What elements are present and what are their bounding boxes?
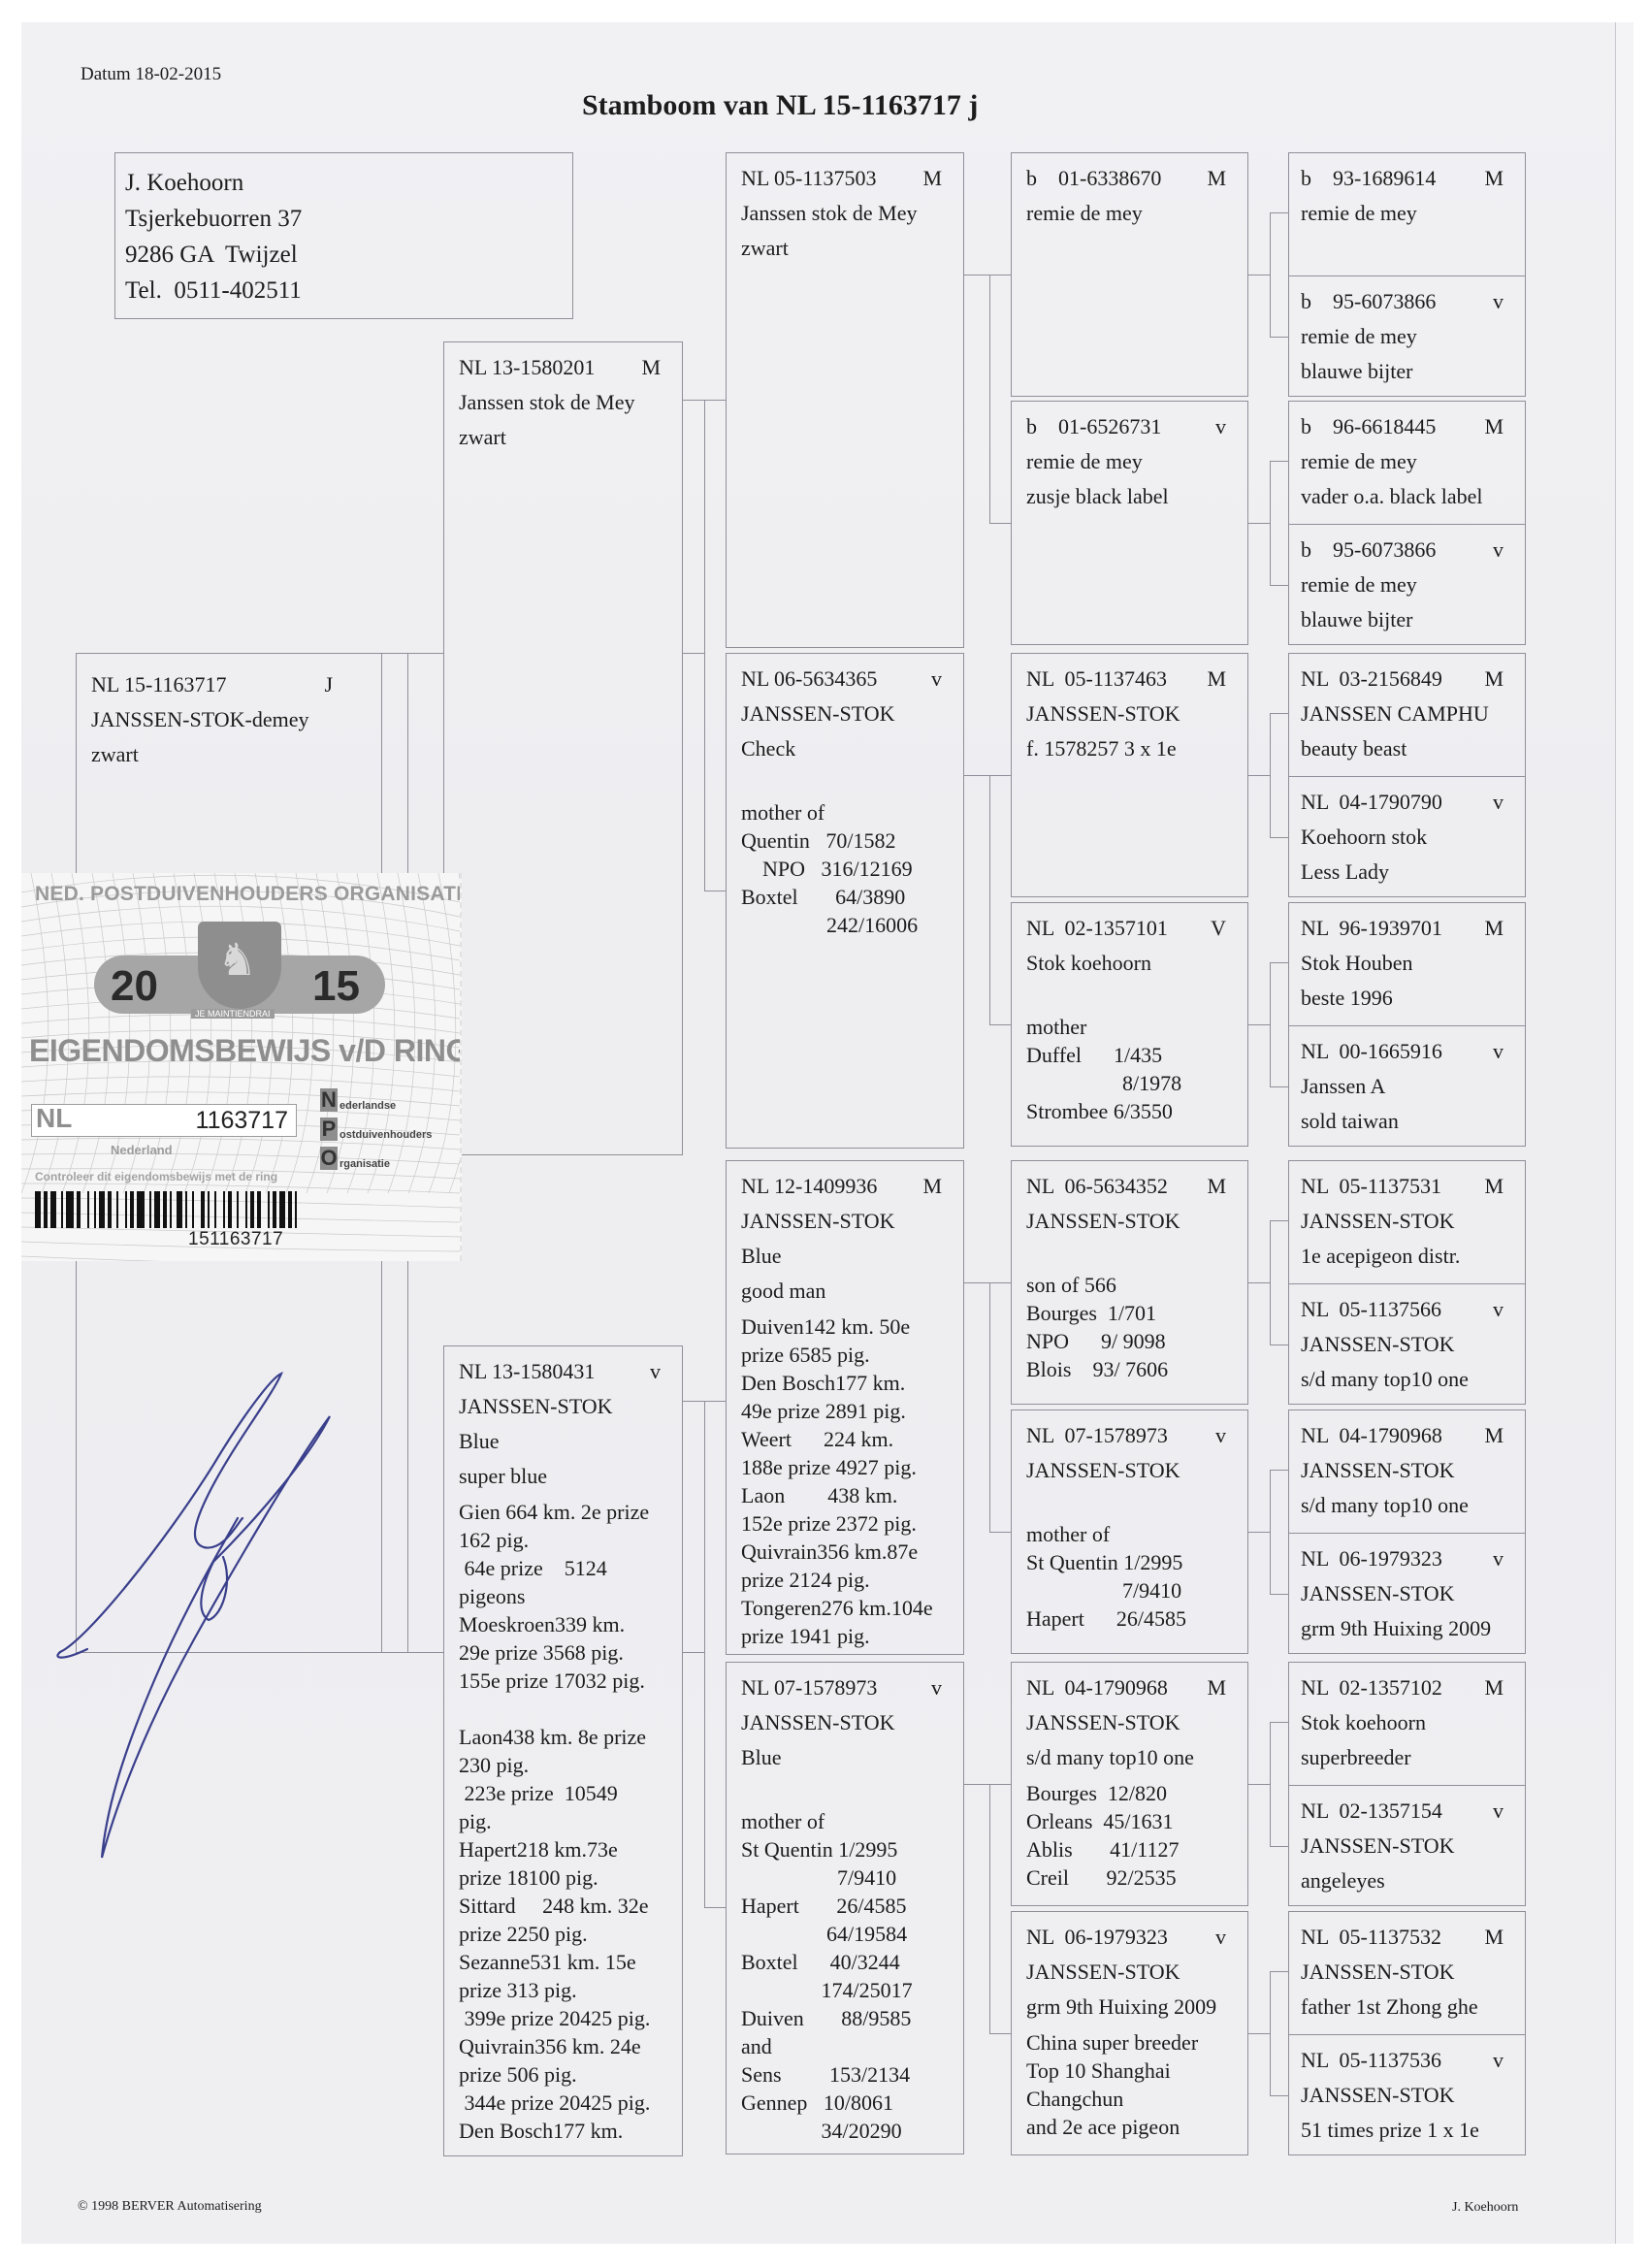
animal-detail: sold taiwan [1301, 1104, 1513, 1139]
check-instruction: Controleer dit eigendomsbewijs met de ri… [35, 1170, 277, 1183]
animal-detail: JANSSEN-STOK [741, 1204, 952, 1239]
gen4-dam: b 95-6073866vremie de meyblauwe bijter [1289, 275, 1525, 397]
animal-detail: superbreeder [1301, 1740, 1513, 1775]
subject-color: zwart [91, 737, 370, 772]
gen4-dam: NL 05-1137566vJANSSEN-STOKs/d many top10… [1289, 1283, 1525, 1405]
connector-line [1248, 2033, 1270, 2034]
ring-number: b 95-6073866 [1301, 533, 1436, 567]
connector-line [1248, 775, 1270, 776]
npo-line-o: Organisatie [320, 1147, 390, 1170]
ring-header: NL 07-1578973v [741, 1670, 952, 1705]
grandparent-box: NL 07-1578973vJANSSEN-STOKBlue mother of… [726, 1662, 964, 2155]
connector-line [1270, 1345, 1288, 1345]
sex-marker: v [1493, 1794, 1503, 1829]
race-results: Bourges 12/820 Orleans 45/1631 Ablis 41/… [1026, 1779, 1236, 1892]
gen4-sire: NL 05-1137531MJANSSEN-STOK1e acepigeon d… [1289, 1161, 1525, 1283]
ring-header: NL 06-5634365v [741, 662, 952, 697]
animal-detail: grm 9th Huixing 2009 [1026, 1990, 1236, 2025]
ring-number: NL 05-1137532 [1301, 1920, 1441, 1955]
animal-detail: JANSSEN-STOK [1301, 1453, 1513, 1488]
ring-card-heading: EIGENDOMSBEWIJS v/D RING [29, 1033, 462, 1069]
sex-marker: v [1493, 1034, 1503, 1069]
sex-marker: M [1207, 161, 1226, 196]
connector-line [704, 400, 705, 891]
gen4-dam: NL 02-1357154vJANSSEN-STOKangeleyes [1289, 1785, 1525, 1906]
connector-line [683, 653, 704, 654]
animal-detail: JANSSEN-STOK [1301, 1829, 1513, 1863]
ring-number: NL 05-1137531 [1301, 1169, 1441, 1204]
sex-marker: M [1484, 1920, 1503, 1955]
animal-detail: JANSSEN CAMPHU [1301, 697, 1513, 731]
ring-number: NL 06-5634365 [741, 662, 877, 697]
ring-number: NL 04-1790968 [1026, 1670, 1168, 1705]
animal-detail: Blue [741, 1740, 952, 1775]
grandparent-box: NL 05-1137503MJanssen stok de Meyzwart [726, 152, 964, 648]
sex-marker: v [1493, 1292, 1503, 1327]
ring-number: NL 13-1580431 [459, 1354, 595, 1389]
animal-detail: remie de mey [1301, 196, 1513, 231]
connector-line [1248, 1282, 1270, 1283]
gen4-dam: NL 05-1137536vJANSSEN-STOK51 times prize… [1289, 2034, 1525, 2155]
gen4-pair-box: NL 03-2156849MJANSSEN CAMPHUbeauty beast… [1288, 653, 1526, 897]
animal-detail: super blue [459, 1459, 670, 1494]
npo-initial: P [320, 1118, 338, 1141]
year-left: 20 [111, 962, 158, 1011]
connector-line [683, 1401, 704, 1402]
great-grandparent-box: NL 04-1790968MJANSSEN-STOKs/d many top10… [1011, 1662, 1248, 1906]
animal-detail: Janssen stok de Mey [459, 385, 670, 420]
animal-detail: JANSSEN-STOK [1301, 1204, 1513, 1239]
animal-detail: JANSSEN-STOK [1026, 1705, 1236, 1740]
npo-initial: N [320, 1088, 338, 1112]
connector-line [1270, 1722, 1288, 1723]
animal-detail: JANSSEN-STOK [1026, 1955, 1236, 1990]
connector-line [989, 1024, 1011, 1025]
sex-marker: v [1493, 284, 1503, 319]
ring-header: NL 12-1409936M [741, 1169, 952, 1204]
animal-detail: grm 9th Huixing 2009 [1301, 1611, 1513, 1646]
race-results: Duiven142 km. 50e prize 6585 pig. Den Bo… [741, 1312, 952, 1650]
animal-detail: vader o.a. black label [1301, 479, 1513, 514]
connector-line [704, 400, 726, 401]
npo-word: ederlandse [339, 1100, 396, 1112]
ring-number: NL 13-1580201 [459, 350, 595, 385]
connector-line [1270, 337, 1288, 338]
paper-edge [1615, 22, 1633, 2244]
copyright-footer: © 1998 BERVER Automatisering [78, 2199, 262, 2215]
connector-line [704, 1401, 705, 1907]
connector-line [989, 523, 1011, 524]
gen4-pair-box: NL 96-1939701MStok Houbenbeste 1996NL 00… [1288, 902, 1526, 1147]
connector-line [1270, 2095, 1288, 2096]
animal-detail: Less Lady [1301, 855, 1513, 890]
gen4-sire: b 93-1689614Mremie de mey [1289, 153, 1525, 275]
gen4-sire: NL 03-2156849MJANSSEN CAMPHUbeauty beast [1289, 654, 1525, 776]
connector-line [989, 1282, 1011, 1283]
gen4-pair-box: NL 02-1357102MStok koehoornsuperbreederN… [1288, 1662, 1526, 1906]
great-grandparent-box: b 01-6526731vremie de meyzusje black lab… [1011, 401, 1248, 645]
connector-line [1248, 1784, 1270, 1785]
sex-marker: M [1484, 1670, 1503, 1705]
ring-header: NL 00-1665916v [1301, 1034, 1513, 1069]
year-right: 15 [312, 962, 360, 1011]
animal-detail: JANSSEN-STOK [1026, 1453, 1236, 1488]
ring-header: NL 05-1137566v [1301, 1292, 1513, 1327]
race-results: son of 566 Bourges 1/701 NPO 9/ 9098 Blo… [1026, 1243, 1236, 1383]
npo-line-p: Postduivenhouders [320, 1118, 432, 1141]
owner-address-box: J. Koehoorn Tsjerkebuorren 37 9286 GA Tw… [114, 152, 573, 319]
race-results: mother Duffel 1/435 8/1978 Strombee 6/35… [1026, 985, 1236, 1125]
sex-marker: M [1207, 662, 1226, 697]
connector-line [704, 1401, 726, 1402]
animal-detail: 51 times prize 1 x 1e [1301, 2113, 1513, 2148]
gen4-dam: NL 06-1979323vJANSSEN-STOKgrm 9th Huixin… [1289, 1533, 1525, 1654]
animal-detail: father 1st Zhong ghe [1301, 1990, 1513, 2025]
animal-detail: JANSSEN-STOK [1301, 1327, 1513, 1362]
connector-line [989, 1784, 1011, 1785]
connector-line [1270, 1086, 1288, 1087]
ring-header: b 01-6526731v [1026, 409, 1236, 444]
ring-number: b 96-6618445 [1301, 409, 1436, 444]
animal-detail: JANSSEN-STOK [1026, 697, 1236, 731]
owner-name: J. Koehoorn [125, 165, 572, 201]
connector-line [1270, 962, 1271, 1086]
sex-marker: v [650, 1354, 661, 1389]
connector-line [704, 891, 726, 891]
barcode-number: 151163717 [188, 1229, 283, 1250]
ring-header: NL 05-1137532M [1301, 1920, 1513, 1955]
connector-line [964, 275, 989, 275]
ring-header: b 01-6338670M [1026, 161, 1236, 196]
ring-number: NL 00-1665916 [1301, 1034, 1442, 1069]
connector-line [989, 775, 1011, 776]
connector-line [1270, 1220, 1271, 1345]
owner-city: 9286 GA Twijzel [125, 237, 572, 273]
sex-marker: M [922, 1169, 942, 1204]
connector-line [407, 1652, 443, 1653]
connector-line [1248, 1532, 1270, 1533]
animal-detail: Stok Houben [1301, 946, 1513, 981]
sex-marker: V [1211, 911, 1226, 946]
connector-line [1270, 713, 1271, 837]
animal-detail: JANSSEN-STOK [1301, 1576, 1513, 1611]
connector-line [964, 775, 989, 776]
ring-number: NL 12-1409936 [741, 1169, 877, 1204]
ring-number: NL 06-5634352 [1026, 1169, 1168, 1204]
subject-head: NL 15-1163717 J [91, 667, 370, 702]
sex-marker: M [1484, 911, 1503, 946]
ring-header: NL 13-1580431v [459, 1354, 670, 1389]
animal-detail: remie de mey [1301, 319, 1513, 354]
connector-line [1270, 962, 1288, 963]
animal-detail: JANSSEN-STOK [741, 697, 952, 731]
ring-header: NL 06-1979323v [1026, 1920, 1236, 1955]
sex-marker: M [1484, 1418, 1503, 1453]
sex-marker: M [922, 161, 942, 196]
gen4-pair-box: NL 05-1137531MJANSSEN-STOK1e acepigeon d… [1288, 1160, 1526, 1405]
connector-line [1270, 1722, 1271, 1846]
connector-line [1270, 713, 1288, 714]
connector-line [964, 1282, 989, 1283]
great-grandparent-box: NL 06-1979323vJANSSEN-STOKgrm 9th Huixin… [1011, 1911, 1248, 2155]
race-results: mother of St Quentin 1/2995 7/9410 Haper… [741, 1779, 952, 2145]
sex-marker: M [1207, 1670, 1226, 1705]
gen4-dam: NL 04-1790790vKoehoorn stokLess Lady [1289, 776, 1525, 897]
sex-marker: v [931, 1670, 942, 1705]
ring-header: NL 02-1357102M [1301, 1670, 1513, 1705]
ring-header: b 96-6618445M [1301, 409, 1513, 444]
connector-line [1270, 585, 1288, 586]
animal-detail: s/d many top10 one [1301, 1488, 1513, 1523]
animal-detail: blauwe bijter [1301, 602, 1513, 637]
page-title: Stamboom van NL 15-1163717 j [582, 89, 978, 122]
animal-detail: zwart [459, 420, 670, 455]
connector-line [1270, 837, 1288, 838]
great-grandparent-box: b 01-6338670Mremie de mey [1011, 152, 1248, 397]
gen4-dam: b 95-6073866vremie de meyblauwe bijter [1289, 524, 1525, 645]
ring-header: NL 06-5634352M [1026, 1169, 1236, 1204]
ring-number: NL 02-1357101 [1026, 911, 1168, 946]
connector-line [1270, 461, 1271, 585]
great-grandparent-box: NL 06-5634352MJANSSEN-STOK son of 566 Bo… [1011, 1160, 1248, 1405]
barcode [35, 1191, 440, 1228]
sex-marker: v [931, 662, 942, 697]
sex-marker: v [1493, 2043, 1503, 2078]
animal-detail: zusje black label [1026, 479, 1236, 514]
subject-name: JANSSEN-STOK-demey [91, 702, 370, 737]
animal-detail: angeleyes [1301, 1863, 1513, 1898]
race-results: China super breeder Top 10 Shanghai Chan… [1026, 2028, 1236, 2141]
gen4-sire: NL 96-1939701MStok Houbenbeste 1996 [1289, 903, 1525, 1025]
grandparent-box: NL 06-5634365vJANSSEN-STOKCheck mother o… [726, 653, 964, 1149]
sex-marker: v [1215, 409, 1226, 444]
connector-line [989, 2033, 1011, 2034]
great-grandparent-box: NL 07-1578973vJANSSEN-STOK mother of St … [1011, 1409, 1248, 1654]
owner-phone: Tel. 0511-402511 [125, 273, 572, 308]
animal-detail: Janssen stok de Mey [741, 196, 952, 231]
subject-ring: NL 15-1163717 [91, 667, 227, 702]
ownership-ring-card: NED. POSTDUIVENHOUDERS ORGANISATIE ♞ 20 … [21, 873, 462, 1261]
ring-header: NL 07-1578973v [1026, 1418, 1236, 1453]
ring-header: b 95-6073866v [1301, 284, 1513, 319]
connector-line [989, 1784, 990, 2033]
animal-detail: JANSSEN-STOK [1301, 1955, 1513, 1990]
connector-line [1270, 1846, 1288, 1847]
ring-number: NL 96-1939701 [1301, 911, 1442, 946]
ring-header: NL 04-1790968M [1301, 1418, 1513, 1453]
animal-detail: Koehoorn stok [1301, 820, 1513, 855]
ring-header: NL 02-1357101V [1026, 911, 1236, 946]
connector-line [1270, 1971, 1271, 2095]
connector-line [1270, 1971, 1288, 1972]
animal-detail: blauwe bijter [1301, 354, 1513, 389]
ring-number: NL 06-1979323 [1026, 1920, 1168, 1955]
ring-header: NL 05-1137531M [1301, 1169, 1513, 1204]
sex-marker: M [1484, 662, 1503, 697]
ring-header: NL 03-2156849M [1301, 662, 1513, 697]
animal-detail: Check [741, 731, 952, 766]
sex-marker: M [1484, 409, 1503, 444]
ring-number: b 95-6073866 [1301, 284, 1436, 319]
animal-detail: Stok koehoorn [1026, 946, 1236, 981]
connector-line [381, 1652, 407, 1653]
ring-number: NL 05-1137536 [1301, 2043, 1441, 2078]
connector-line [989, 1282, 990, 1532]
gen4-sire: NL 05-1137532MJANSSEN-STOKfather 1st Zho… [1289, 1912, 1525, 2034]
gen4-sire: b 96-6618445Mremie de meyvader o.a. blac… [1289, 402, 1525, 524]
gen4-pair-box: b 93-1689614Mremie de meyb 95-6073866vre… [1288, 152, 1526, 397]
connector-line [683, 400, 704, 401]
animal-detail: remie de mey [1301, 444, 1513, 479]
connector-line [1270, 1594, 1288, 1595]
race-results: Gien 664 km. 2e prize 162 pig. 64e prize… [459, 1498, 670, 2145]
dam-box: NL 13-1580431vJANSSEN-STOKBluesuper blue… [443, 1345, 683, 2156]
animal-detail: Blue [459, 1424, 670, 1459]
animal-detail: remie de mey [1301, 567, 1513, 602]
npo-word: rganisatie [339, 1158, 390, 1170]
animal-detail: good man [741, 1274, 952, 1309]
ring-number: NL 06-1979323 [1301, 1541, 1442, 1576]
animal-detail: s/d many top10 one [1301, 1362, 1513, 1397]
ring-number: NL 02-1357154 [1301, 1794, 1442, 1829]
sex-marker: v [1215, 1418, 1226, 1453]
connector-line [1270, 212, 1288, 213]
sex-marker: v [1493, 785, 1503, 820]
animal-detail: JANSSEN-STOK [1301, 2078, 1513, 2113]
gen4-sire: NL 02-1357102MStok koehoornsuperbreeder [1289, 1663, 1525, 1785]
npo-line-n: Nederlandse [320, 1088, 396, 1112]
connector-line [989, 275, 990, 523]
sex-marker: M [1207, 1169, 1226, 1204]
animal-detail: Blue [741, 1239, 952, 1274]
ring-country: NL [36, 1103, 72, 1134]
ring-header: NL 04-1790968M [1026, 1670, 1236, 1705]
connector-line [1248, 275, 1270, 275]
ring-header: NL 13-1580201M [459, 350, 670, 385]
ring-number: NL 05-1137463 [1026, 662, 1167, 697]
motto: JE MAINTIENDRAI [191, 1009, 275, 1019]
connector-line [1270, 461, 1288, 462]
sex-marker: v [1493, 1541, 1503, 1576]
footer-signature-name: J. Koehoorn [1452, 2200, 1518, 2216]
animal-detail: Janssen A [1301, 1069, 1513, 1104]
animal-detail: remie de mey [1026, 444, 1236, 479]
animal-detail: JANSSEN-STOK [741, 1705, 952, 1740]
ring-header: NL 02-1357154v [1301, 1794, 1513, 1829]
ring-header: NL 05-1137463M [1026, 662, 1236, 697]
gen4-pair-box: b 96-6618445Mremie de meyvader o.a. blac… [1288, 401, 1526, 645]
ring-number: b 01-6526731 [1026, 409, 1161, 444]
connector-line [964, 1784, 989, 1785]
animal-detail: 1e acepigeon distr. [1301, 1239, 1513, 1274]
connector-line [989, 775, 990, 1024]
ring-number: b 01-6338670 [1026, 161, 1161, 196]
connector-line [989, 275, 1011, 275]
gen4-pair-box: NL 05-1137532MJANSSEN-STOKfather 1st Zho… [1288, 1911, 1526, 2155]
sire-box: NL 13-1580201MJanssen stok de Meyzwart [443, 341, 683, 1155]
animal-detail: JANSSEN-STOK [459, 1389, 670, 1424]
animal-detail: f. 1578257 3 x 1e [1026, 731, 1236, 766]
great-grandparent-box: NL 05-1137463MJANSSEN-STOKf. 1578257 3 x… [1011, 653, 1248, 897]
ring-header: NL 96-1939701M [1301, 911, 1513, 946]
ring-number-field: NL 1163717 [31, 1104, 297, 1137]
ring-number: NL 04-1790790 [1301, 785, 1442, 820]
ring-header: NL 04-1790790v [1301, 785, 1513, 820]
ring-header: b 95-6073866v [1301, 533, 1513, 567]
ring-number: NL 02-1357102 [1301, 1670, 1442, 1705]
sex-marker: M [1484, 161, 1503, 196]
ring-header: b 93-1689614M [1301, 161, 1513, 196]
ring-number: NL 03-2156849 [1301, 662, 1442, 697]
connector-line [1270, 212, 1271, 337]
npo-word: ostduivenhouders [339, 1129, 432, 1141]
map-label: Nederland [111, 1143, 173, 1157]
ring-number: 1163717 [196, 1107, 288, 1135]
ring-number: NL 05-1137503 [741, 161, 877, 196]
date-label: Datum 18-02-2015 [81, 64, 221, 85]
grandparent-box: NL 12-1409936MJANSSEN-STOKBluegood manDu… [726, 1160, 964, 1655]
ring-number: NL 04-1790968 [1301, 1418, 1442, 1453]
ring-header: NL 05-1137536v [1301, 2043, 1513, 2078]
animal-detail: Stok koehoorn [1301, 1705, 1513, 1740]
ring-header: NL 06-1979323v [1301, 1541, 1513, 1576]
gen4-pair-box: NL 04-1790968MJANSSEN-STOKs/d many top10… [1288, 1409, 1526, 1654]
connector-line [1248, 1024, 1270, 1025]
connector-line [1270, 1220, 1288, 1221]
connector-line [1248, 523, 1270, 524]
sex-marker: M [1484, 1169, 1503, 1204]
sex-marker: v [1215, 1920, 1226, 1955]
ring-number: NL 07-1578973 [741, 1670, 877, 1705]
connector-line [1270, 1470, 1288, 1471]
animal-detail: JANSSEN-STOK [1026, 1204, 1236, 1239]
connector-line [381, 653, 407, 654]
animal-detail: beauty beast [1301, 731, 1513, 766]
animal-detail: s/d many top10 one [1026, 1740, 1236, 1775]
lion-icon: ♞ [217, 933, 257, 986]
subject-sex: J [324, 667, 333, 702]
race-results: mother of Quentin 70/1582 NPO 316/12169 … [741, 770, 952, 939]
sex-marker: M [641, 350, 661, 385]
ring-number: b 93-1689614 [1301, 161, 1436, 196]
connector-line [989, 1532, 1011, 1533]
gen4-sire: NL 04-1790968MJANSSEN-STOKs/d many top10… [1289, 1410, 1525, 1533]
animal-detail: zwart [741, 231, 952, 266]
connector-line [704, 1907, 726, 1908]
race-results: mother of St Quentin 1/2995 7/9410 Haper… [1026, 1492, 1236, 1633]
connector-line [683, 1652, 704, 1653]
ring-card-organization: NED. POSTDUIVENHOUDERS ORGANISATIE [35, 883, 462, 906]
connector-line [407, 653, 443, 654]
ring-number: NL 07-1578973 [1026, 1418, 1168, 1453]
connector-line [1270, 1470, 1271, 1594]
sex-marker: v [1493, 533, 1503, 567]
ring-number: NL 05-1137566 [1301, 1292, 1441, 1327]
owner-street: Tsjerkebuorren 37 [125, 201, 572, 237]
great-grandparent-box: NL 02-1357101VStok koehoorn mother Duffe… [1011, 902, 1248, 1147]
npo-initial: O [320, 1147, 338, 1170]
ring-header: NL 05-1137503M [741, 161, 952, 196]
animal-detail: beste 1996 [1301, 981, 1513, 1016]
animal-detail: remie de mey [1026, 196, 1236, 231]
gen4-dam: NL 00-1665916vJanssen Asold taiwan [1289, 1025, 1525, 1147]
